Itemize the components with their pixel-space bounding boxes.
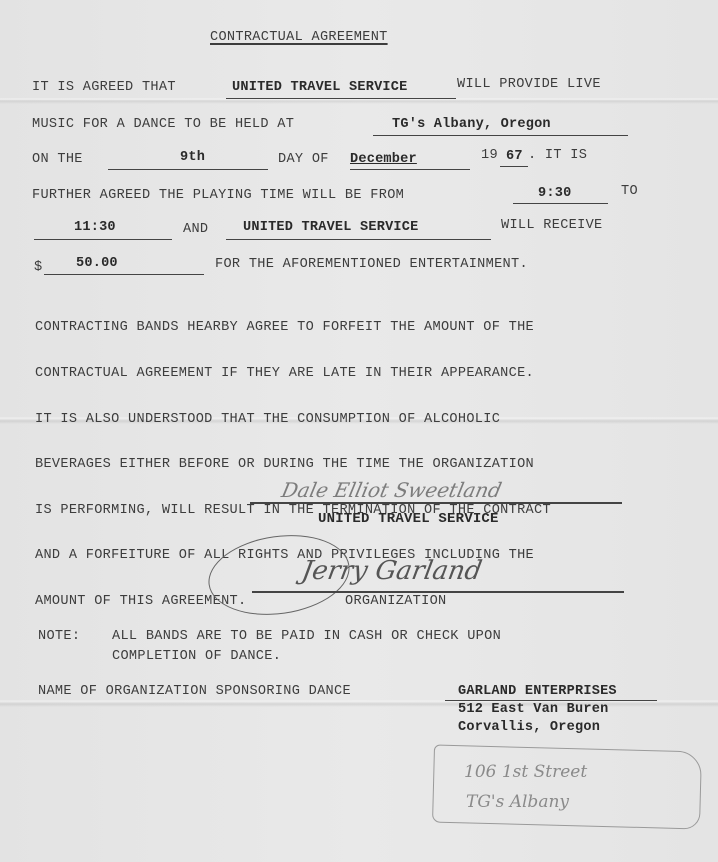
receiving-band-field: UNITED TRAVEL SERVICE: [243, 220, 419, 235]
amount-field: 50.00: [76, 256, 118, 271]
note-line2: COMPLETION OF DANCE.: [112, 649, 281, 664]
band-signature-line: [250, 502, 622, 504]
year-prefix: 19: [481, 148, 498, 163]
line1-prefix: IT IS AGREED THAT: [32, 80, 176, 95]
note-label: NOTE:: [38, 629, 80, 644]
year-underline: [500, 166, 528, 167]
end-time-underline: [34, 239, 172, 240]
receiving-band-underline: [226, 239, 491, 240]
venue-underline: [373, 135, 628, 136]
sponsor-address-line1: 512 East Van Buren: [458, 702, 608, 717]
start-time-underline: [513, 203, 608, 204]
line3-day-of: DAY OF: [278, 152, 329, 167]
organization-label: ORGANIZATION: [345, 594, 447, 609]
line3-suffix: . IT IS: [528, 148, 587, 163]
amount-underline: [44, 274, 204, 275]
organization-signature-line: [252, 591, 624, 593]
day-field: 9th: [180, 150, 205, 165]
line6-suffix: FOR THE AFOREMENTIONED ENTERTAINMENT.: [215, 257, 528, 272]
line3-prefix: ON THE: [32, 152, 83, 167]
contract-document: CONTRACTUAL AGREEMENT IT IS AGREED THAT …: [0, 0, 718, 862]
sponsor-label: NAME OF ORGANIZATION SPONSORING DANCE: [38, 684, 351, 699]
terms-line: IT IS ALSO UNDERSTOOD THAT THE CONSUMPTI…: [35, 412, 551, 427]
month-field: December: [350, 152, 417, 167]
terms-line: CONTRACTING BANDS HEARBY AGREE TO FORFEI…: [35, 320, 551, 335]
handwritten-note-line2: TG's Albany: [466, 792, 569, 812]
handwritten-note-box: [432, 745, 702, 830]
venue-field: TG's Albany, Oregon: [392, 117, 551, 132]
month-underline: [350, 169, 470, 170]
line2-prefix: MUSIC FOR A DANCE TO BE HELD AT: [32, 117, 294, 132]
band-signature-label: UNITED TRAVEL SERVICE: [318, 511, 499, 527]
day-underline: [108, 169, 268, 170]
sponsor-address-line2: Corvallis, Oregon: [458, 720, 600, 735]
band-name-field: UNITED TRAVEL SERVICE: [232, 80, 408, 95]
currency-symbol: $: [34, 260, 42, 275]
line4-to: TO: [621, 184, 638, 199]
terms-line: BEVERAGES EITHER BEFORE OR DURING THE TI…: [35, 457, 551, 472]
line5-and: AND: [183, 222, 208, 237]
start-time-field: 9:30: [538, 186, 571, 201]
band-signature: Dale Elliot Sweetland: [279, 478, 503, 502]
sponsor-name: GARLAND ENTERPRISES: [458, 684, 617, 699]
line1-suffix: WILL PROVIDE LIVE: [457, 77, 601, 92]
year-field: 67: [506, 149, 523, 164]
band-name-underline: [226, 98, 456, 99]
line4-prefix: FURTHER AGREED THE PLAYING TIME WILL BE …: [32, 188, 404, 203]
line5-suffix: WILL RECEIVE: [501, 218, 603, 233]
handwritten-note-line1: 106 1st Street: [464, 762, 587, 782]
organization-signature: Jerry Garland: [299, 556, 484, 586]
terms-line: CONTRACTUAL AGREEMENT IF THEY ARE LATE I…: [35, 366, 551, 381]
document-title: CONTRACTUAL AGREEMENT: [210, 30, 388, 45]
note-line1: ALL BANDS ARE TO BE PAID IN CASH OR CHEC…: [112, 629, 501, 644]
end-time-field: 11:30: [74, 220, 116, 235]
